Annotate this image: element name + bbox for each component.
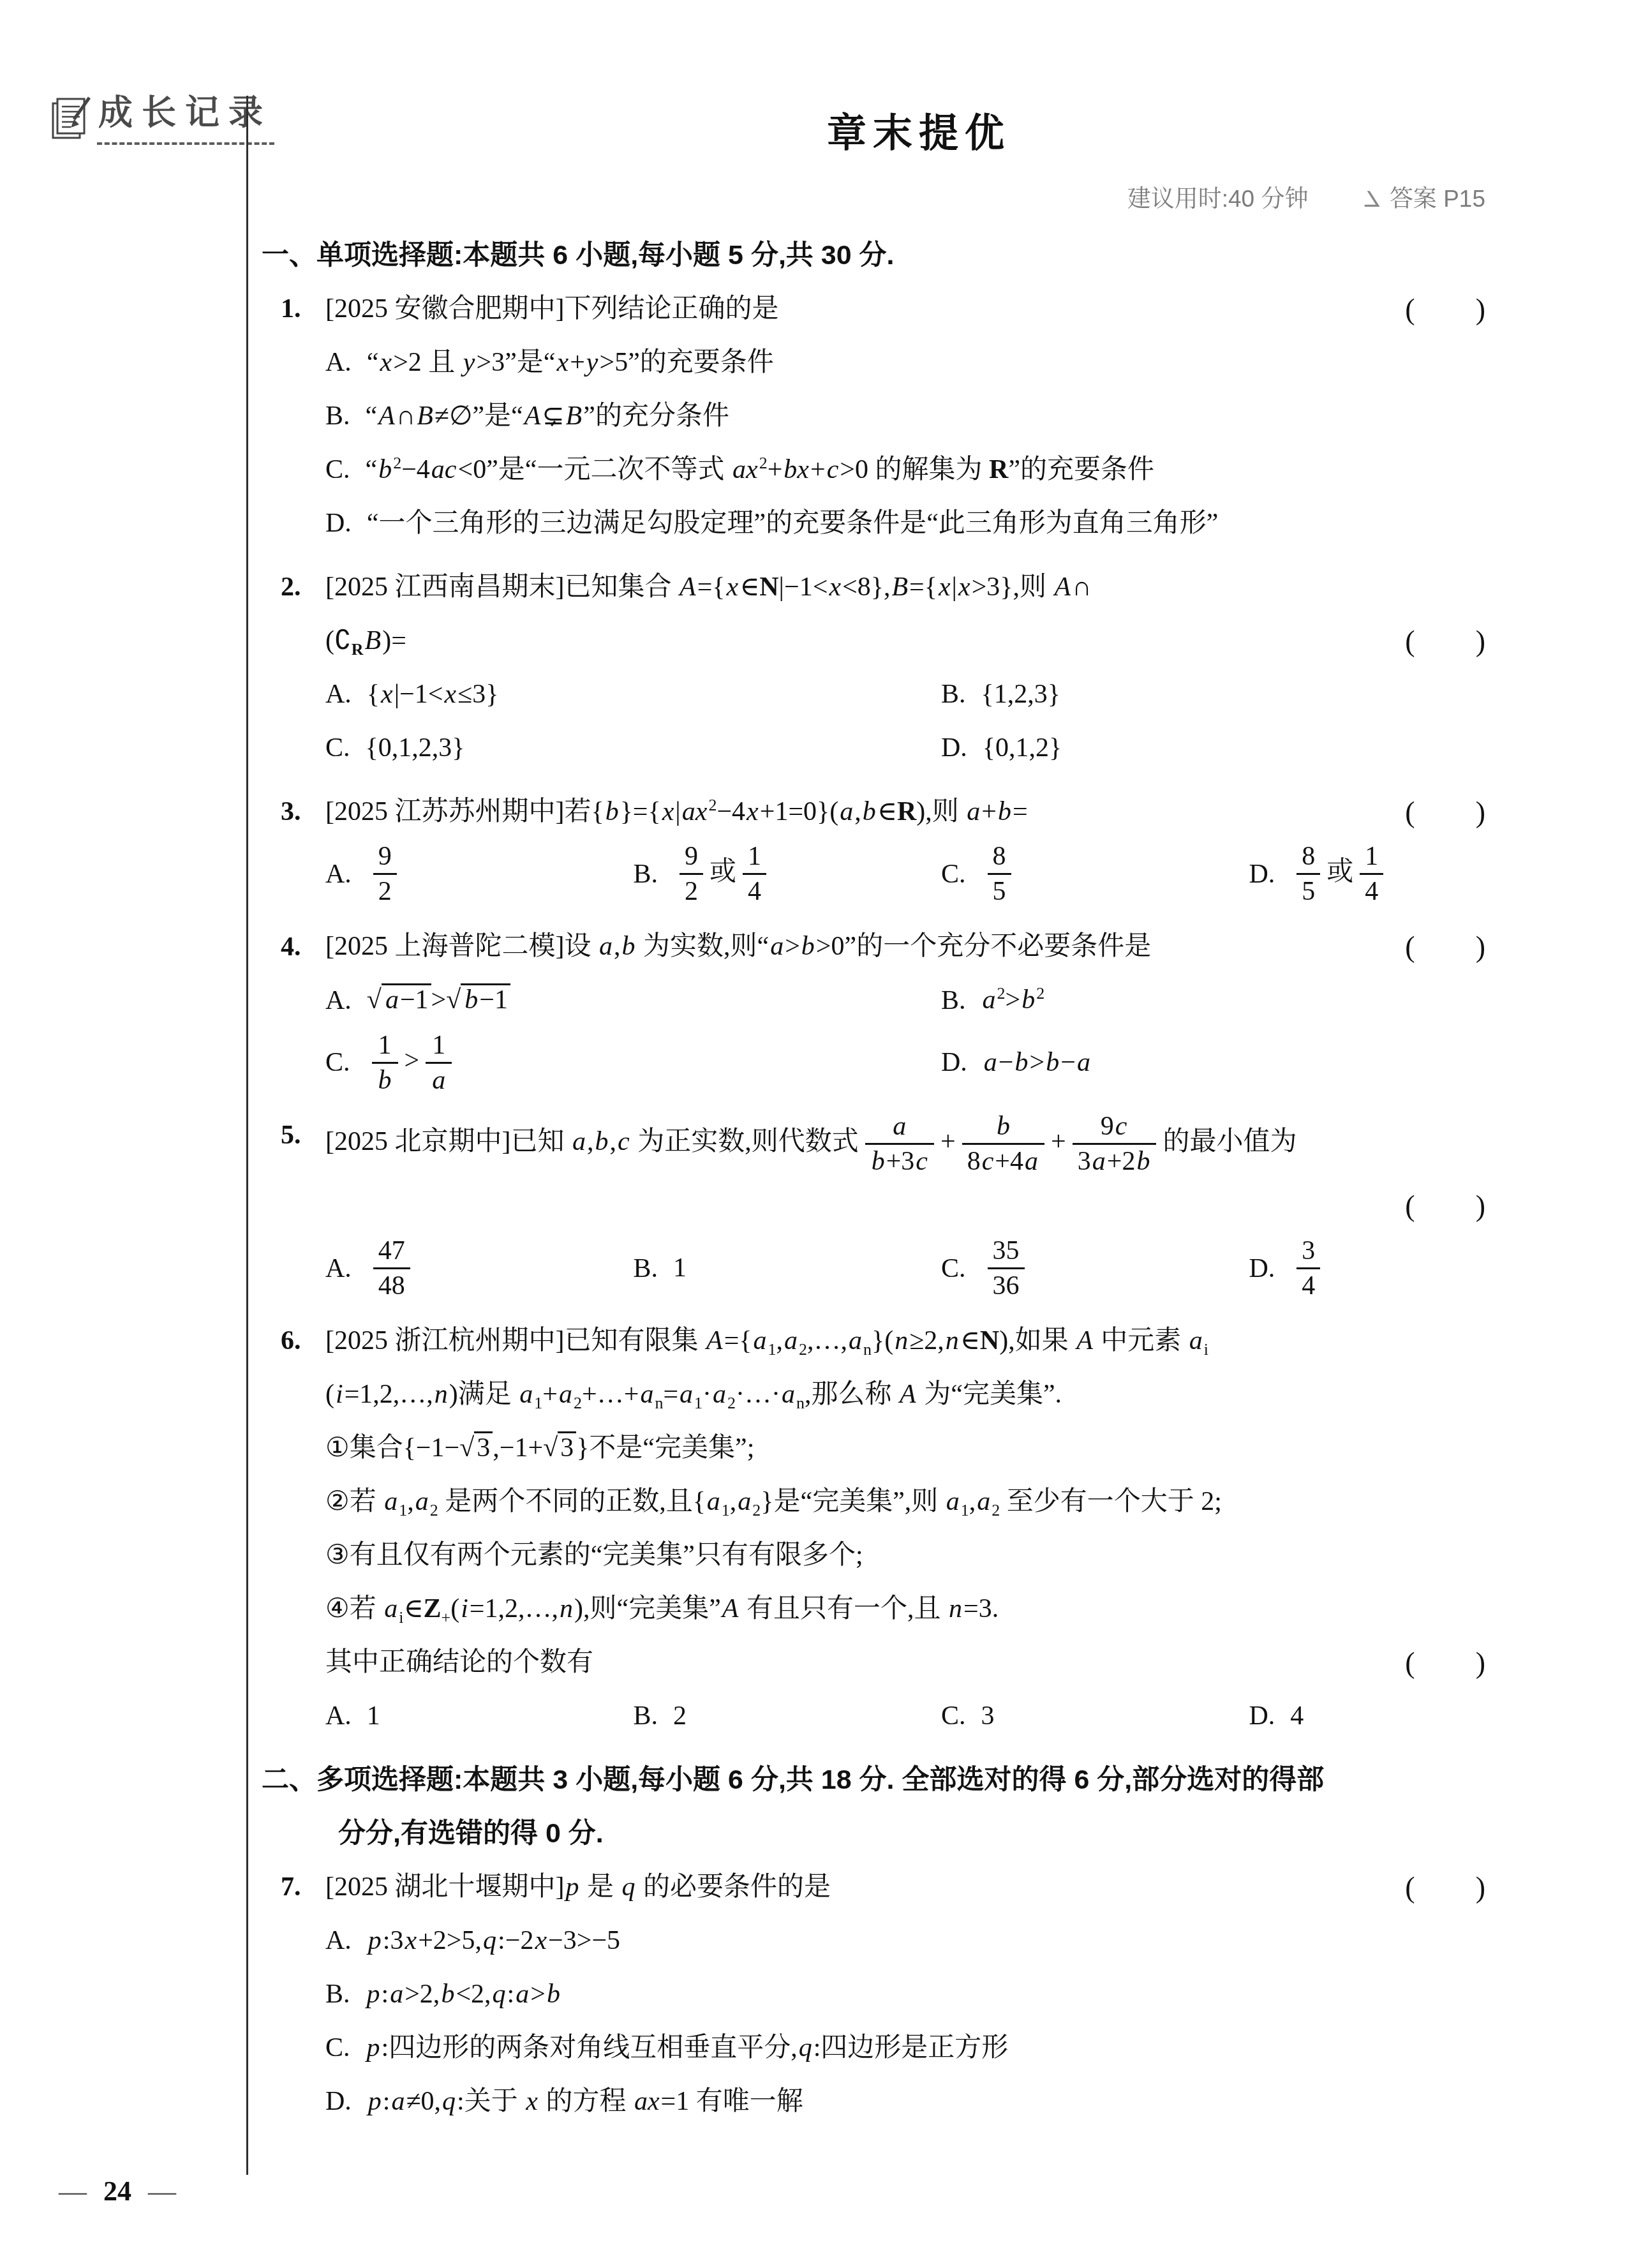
answer-blank-parens: () [1386,1189,1485,1223]
section-heading-2: 二、多项选择题:本题共 3 小题,每小题 6 分,共 18 分. 全部选对的得 … [262,1753,1557,1860]
answer-blank-parens: () [1386,292,1485,326]
option-text: “一个三角形的三边满足勾股定理”的充要条件是“此三角形为直角三角形” [367,506,1219,541]
question-stem-line: (∁RB)=() [325,614,1557,668]
option-text: “b2−4ac<0”是“一元二次不等式 ax2+bx+c>0 的解集为 R”的充… [366,452,1155,488]
option-A: A.92 [325,839,634,909]
option-text: p:四边形的两条对角线互相垂直平分,q:四边形是正方形 [366,2031,1009,2066]
option-D: D.85或14 [1249,839,1557,909]
question-2: 2.[2025 江西南昌期末]已知集合 A={x∈N|−1<x<8},B={x|… [281,560,1557,775]
option-D: D.a−b>b−a [941,1027,1557,1098]
option-text: 34 [1290,1233,1326,1304]
answer-blank-parens: () [1386,930,1485,964]
question-stem-text: [2025 浙江杭州期中]已知有限集 A={a1,a2,…,an}(n≥2,n∈… [325,1323,1208,1359]
option-text: a−b>b−a [983,1045,1092,1080]
option-A: A.1 [325,1689,634,1743]
content-column: 章末提优 建议用时:40 分钟 ∠答案 P15 一、单项选择题:本题共 6 小题… [248,0,1627,2128]
option-A: A.{x|−1<x≤3} [325,668,941,721]
option-label: B. [325,401,350,431]
option-B: B.92或14 [634,839,942,909]
question-source-tag: [2025 湖北十堰期中] [325,1872,564,1902]
option-C: C.85 [941,839,1249,909]
option-text: 1 [673,1251,687,1286]
question-stem-text: [2025 湖北十堰期中]p 是 q 的必要条件的是 [325,1869,831,1906]
page-number-dash-right: — [148,2175,176,2207]
option-text: {x|−1<x≤3} [367,677,498,712]
options-grid: A.4748B.1C.3536D.34 [325,1233,1557,1304]
question-number: 1. [281,282,301,336]
option-text: 4748 [367,1233,417,1304]
option-D: D.{0,1,2} [941,721,1557,775]
answer-blank-parens: () [1386,795,1485,829]
question-stem-text: ④若 ai∈Z+(i=1,2,…,n),则“完美集”A 有且只有一个,且 n=3… [325,1591,999,1627]
option-text: a2>b2 [981,983,1045,1018]
option-text: 1b>1a [366,1027,459,1098]
answer-reference: ∠答案 P15 [1362,185,1485,213]
question-7: 7.[2025 湖北十堰期中]p 是 q 的必要条件的是()A.p:3x+2>5… [281,1860,1557,2128]
option-label: B. [634,1701,658,1731]
question-1: 1.[2025 安徽合肥期中]下列结论正确的是()A.“x>2 且 y>3”是“… [281,282,1557,550]
option-label: B. [325,1979,350,2010]
question-number: 6. [281,1314,301,1368]
option-label: C. [941,1253,966,1284]
question-stem-text: [2025 安徽合肥期中]下列结论正确的是 [325,291,779,327]
option-text: 4 [1290,1699,1304,1734]
option-text: √a−1>√b−1 [367,983,510,1018]
option-label: D. [941,733,967,763]
option-C: C.3 [941,1689,1249,1743]
question-stem-line: [2025 浙江杭州期中]已知有限集 A={a1,a2,…,an}(n≥2,n∈… [325,1314,1557,1368]
option-label: D. [1249,1701,1275,1731]
question-source-tag: [2025 浙江杭州期中] [325,1326,564,1355]
question-number: 4. [281,920,301,974]
question-stem-line: [2025 江西南昌期末]已知集合 A={x∈N|−1<x<8},B={x|x>… [325,560,1557,614]
option-text: 2 [673,1699,687,1734]
options-grid: A.92B.92或14C.85D.85或14 [325,839,1557,909]
question-stem-text: (i=1,2,…,n)满足 a1+a2+…+an=a1·a2·…·an,那么称 … [325,1376,1062,1413]
option-label: A. [325,347,352,378]
option-text: 3 [981,1699,995,1734]
option-text: 85 [981,839,1018,909]
option-text: p:a>2,b<2,q:a>b [366,1977,561,2012]
options-grid: A.p:3x+2>5,q:−2x−3>−5B.p:a>2,b<2,q:a>bC.… [325,1914,1557,2128]
question-stem-text: ②若 a1,a2 是两个不同的正数,且{a1,a2}是“完美集”,则 a1,a2… [325,1484,1222,1520]
question-source-tag: [2025 北京期中] [325,1127,510,1156]
option-label: C. [325,733,350,763]
question-stem-text: 其中正确结论的个数有 [325,1645,593,1681]
suggested-time-label: 建议用时:40 分钟 [1127,185,1309,213]
option-label: B. [634,1253,658,1284]
question-stem-line: [2025 北京期中]已知 a,b,c 为正实数,则代数式ab+3c+b8c+4… [325,1108,1557,1179]
option-text: “A∩B≠∅”是“A⊊B”的充分条件 [366,399,729,434]
option-label: D. [941,1047,967,1078]
question-stem-text: [2025 江苏苏州期中]若{b}={x|ax2−4x+1=0}(a,b∈R),… [325,794,1028,830]
question-source-tag: [2025 江苏苏州期中] [325,797,564,826]
question-number: 7. [281,1860,301,1914]
page-number-value: 24 [103,2175,131,2207]
option-label: A. [325,1701,352,1731]
page-title: 章末提优 [281,106,1557,170]
option-label: B. [941,679,966,710]
option-label: B. [634,859,658,890]
page-number-dash-left: — [59,2175,87,2207]
question-stem-text: [2025 江西南昌期末]已知集合 A={x∈N|−1<x<8},B={x|x>… [325,569,1092,606]
option-A: A.4748 [325,1233,634,1304]
option-C: C.“b2−4ac<0”是“一元二次不等式 ax2+bx+c>0 的解集为 R”… [325,443,1557,496]
option-C: C.1b>1a [325,1027,941,1098]
option-B: B.1 [634,1233,942,1304]
options-grid: A.“x>2 且 y>3”是“x+y>5”的充要条件B.“A∩B≠∅”是“A⊊B… [325,336,1557,550]
option-label: C. [325,2033,350,2063]
option-B: B.“A∩B≠∅”是“A⊊B”的充分条件 [325,389,1557,443]
answer-reference-text: 答案 P15 [1390,186,1485,212]
question-stem-text: ③有且仅有两个元素的“完美集”只有有限多个; [325,1537,863,1574]
option-label: C. [941,859,966,890]
option-C: C.{0,1,2,3} [325,721,941,775]
question-stem-line: () [325,1179,1557,1233]
option-A: A.√a−1>√b−1 [325,974,941,1027]
option-label: D. [325,508,352,539]
option-text: 3536 [981,1233,1031,1304]
option-D: D.34 [1249,1233,1557,1304]
option-text: {0,1,2,3} [366,731,465,766]
answer-blank-parens: () [1386,1646,1485,1680]
option-label: D. [325,2086,352,2117]
option-A: A.“x>2 且 y>3”是“x+y>5”的充要条件 [325,336,1557,389]
question-source-tag: [2025 上海普陀二模] [325,932,564,961]
option-text: {1,2,3} [981,677,1060,712]
question-stem-text: [2025 上海普陀二模]设 a,b 为实数,则“a>b>0”的一个充分不必要条… [325,929,1151,965]
question-stem-line: [2025 江苏苏州期中]若{b}={x|ax2−4x+1=0}(a,b∈R),… [325,785,1557,839]
option-label: C. [325,1047,350,1078]
question-6: 6.[2025 浙江杭州期中]已知有限集 A={a1,a2,…,an}(n≥2,… [281,1314,1557,1743]
question-sections: 一、单项选择题:本题共 6 小题,每小题 5 分,共 30 分.1.[2025 … [281,228,1557,2128]
section-heading-1: 一、单项选择题:本题共 6 小题,每小题 5 分,共 30 分. [262,228,1557,282]
brand-logo: 成长记录 [50,94,274,145]
option-text: 1 [367,1699,380,1734]
option-label: A. [325,1253,352,1284]
page-number: — 24 — [59,2175,176,2207]
option-text: 92或14 [673,839,773,909]
answer-corner-arrow-icon: ∠ [1362,187,1381,213]
option-D: D.“一个三角形的三边满足勾股定理”的充要条件是“此三角形为直角三角形” [325,496,1557,550]
option-text: “x>2 且 y>3”是“x+y>5”的充要条件 [367,345,774,380]
option-label: A. [325,1925,352,1956]
question-source-tag: [2025 江西南昌期末] [325,572,564,602]
question-3: 3.[2025 江苏苏州期中]若{b}={x|ax2−4x+1=0}(a,b∈R… [281,785,1557,909]
question-number: 5. [281,1108,301,1162]
option-A: A.p:3x+2>5,q:−2x−3>−5 [325,1914,1557,1967]
answer-blank-parens: () [1386,624,1485,658]
question-stem-line: ③有且仅有两个元素的“完美集”只有有限多个; [325,1528,1557,1582]
option-text: {0,1,2} [983,731,1062,766]
question-stem-line: [2025 安徽合肥期中]下列结论正确的是() [325,282,1557,336]
option-text: 85或14 [1290,839,1390,909]
option-label: D. [1249,859,1275,890]
option-text: p:3x+2>5,q:−2x−3>−5 [367,1923,620,1958]
margin-rule-line [246,96,248,2175]
option-B: B.p:a>2,b<2,q:a>b [325,1967,1557,2021]
question-stem-text: (∁RB)= [325,623,406,659]
header-meta: 建议用时:40 分钟 ∠答案 P15 [281,185,1485,213]
options-grid: A.1B.2C.3D.4 [325,1689,1557,1743]
options-grid: A.{x|−1<x≤3}B.{1,2,3}C.{0,1,2,3}D.{0,1,2… [325,668,1557,775]
question-stem-line: [2025 上海普陀二模]设 a,b 为实数,则“a>b>0”的一个充分不必要条… [325,920,1557,974]
option-label: A. [325,679,352,710]
question-stem-line: ④若 ai∈Z+(i=1,2,…,n),则“完美集”A 有且只有一个,且 n=3… [325,1582,1557,1636]
question-stem-line: (i=1,2,…,n)满足 a1+a2+…+an=a1·a2·…·an,那么称 … [325,1368,1557,1421]
option-B: B.2 [634,1689,942,1743]
worksheet-page: 成长记录 章末提优 建议用时:40 分钟 ∠答案 P15 一、单项选择题:本题共… [0,0,1627,2268]
option-B: B.{1,2,3} [941,668,1557,721]
option-D: D.4 [1249,1689,1557,1743]
question-4: 4.[2025 上海普陀二模]设 a,b 为实数,则“a>b>0”的一个充分不必… [281,920,1557,1098]
option-B: B.a2>b2 [941,974,1557,1027]
question-stem-line: ①集合{−1−√3,−1+√3}不是“完美集”; [325,1421,1557,1475]
option-label: B. [941,985,966,1016]
option-C: C.3536 [941,1233,1249,1304]
question-stem-line: [2025 湖北十堰期中]p 是 q 的必要条件的是() [325,1860,1557,1914]
option-D: D.p:a≠0,q:关于 x 的方程 ax=1 有唯一解 [325,2075,1557,2128]
option-label: A. [325,985,352,1016]
question-number: 3. [281,785,301,839]
option-label: D. [1249,1253,1275,1284]
answer-blank-parens: () [1386,1870,1485,1904]
option-text: p:a≠0,q:关于 x 的方程 ax=1 有唯一解 [367,2084,803,2119]
question-source-tag: [2025 安徽合肥期中] [325,294,564,324]
option-label: C. [325,454,350,485]
notebook-pen-icon [50,94,92,142]
options-grid: A.√a−1>√b−1B.a2>b2C.1b>1aD.a−b>b−a [325,974,1557,1098]
question-stem-text: ①集合{−1−√3,−1+√3}不是“完美集”; [325,1430,754,1466]
option-label: C. [941,1701,966,1731]
question-stem-line: 其中正确结论的个数有() [325,1636,1557,1689]
option-text: 92 [367,839,403,909]
question-5: 5.[2025 北京期中]已知 a,b,c 为正实数,则代数式ab+3c+b8c… [281,1108,1557,1304]
question-stem-text: [2025 北京期中]已知 a,b,c 为正实数,则代数式ab+3c+b8c+4… [325,1108,1296,1179]
question-stem-line: ②若 a1,a2 是两个不同的正数,且{a1,a2}是“完美集”,则 a1,a2… [325,1475,1557,1528]
option-C: C.p:四边形的两条对角线互相垂直平分,q:四边形是正方形 [325,2021,1557,2075]
option-label: A. [325,859,352,890]
question-number: 2. [281,560,301,614]
